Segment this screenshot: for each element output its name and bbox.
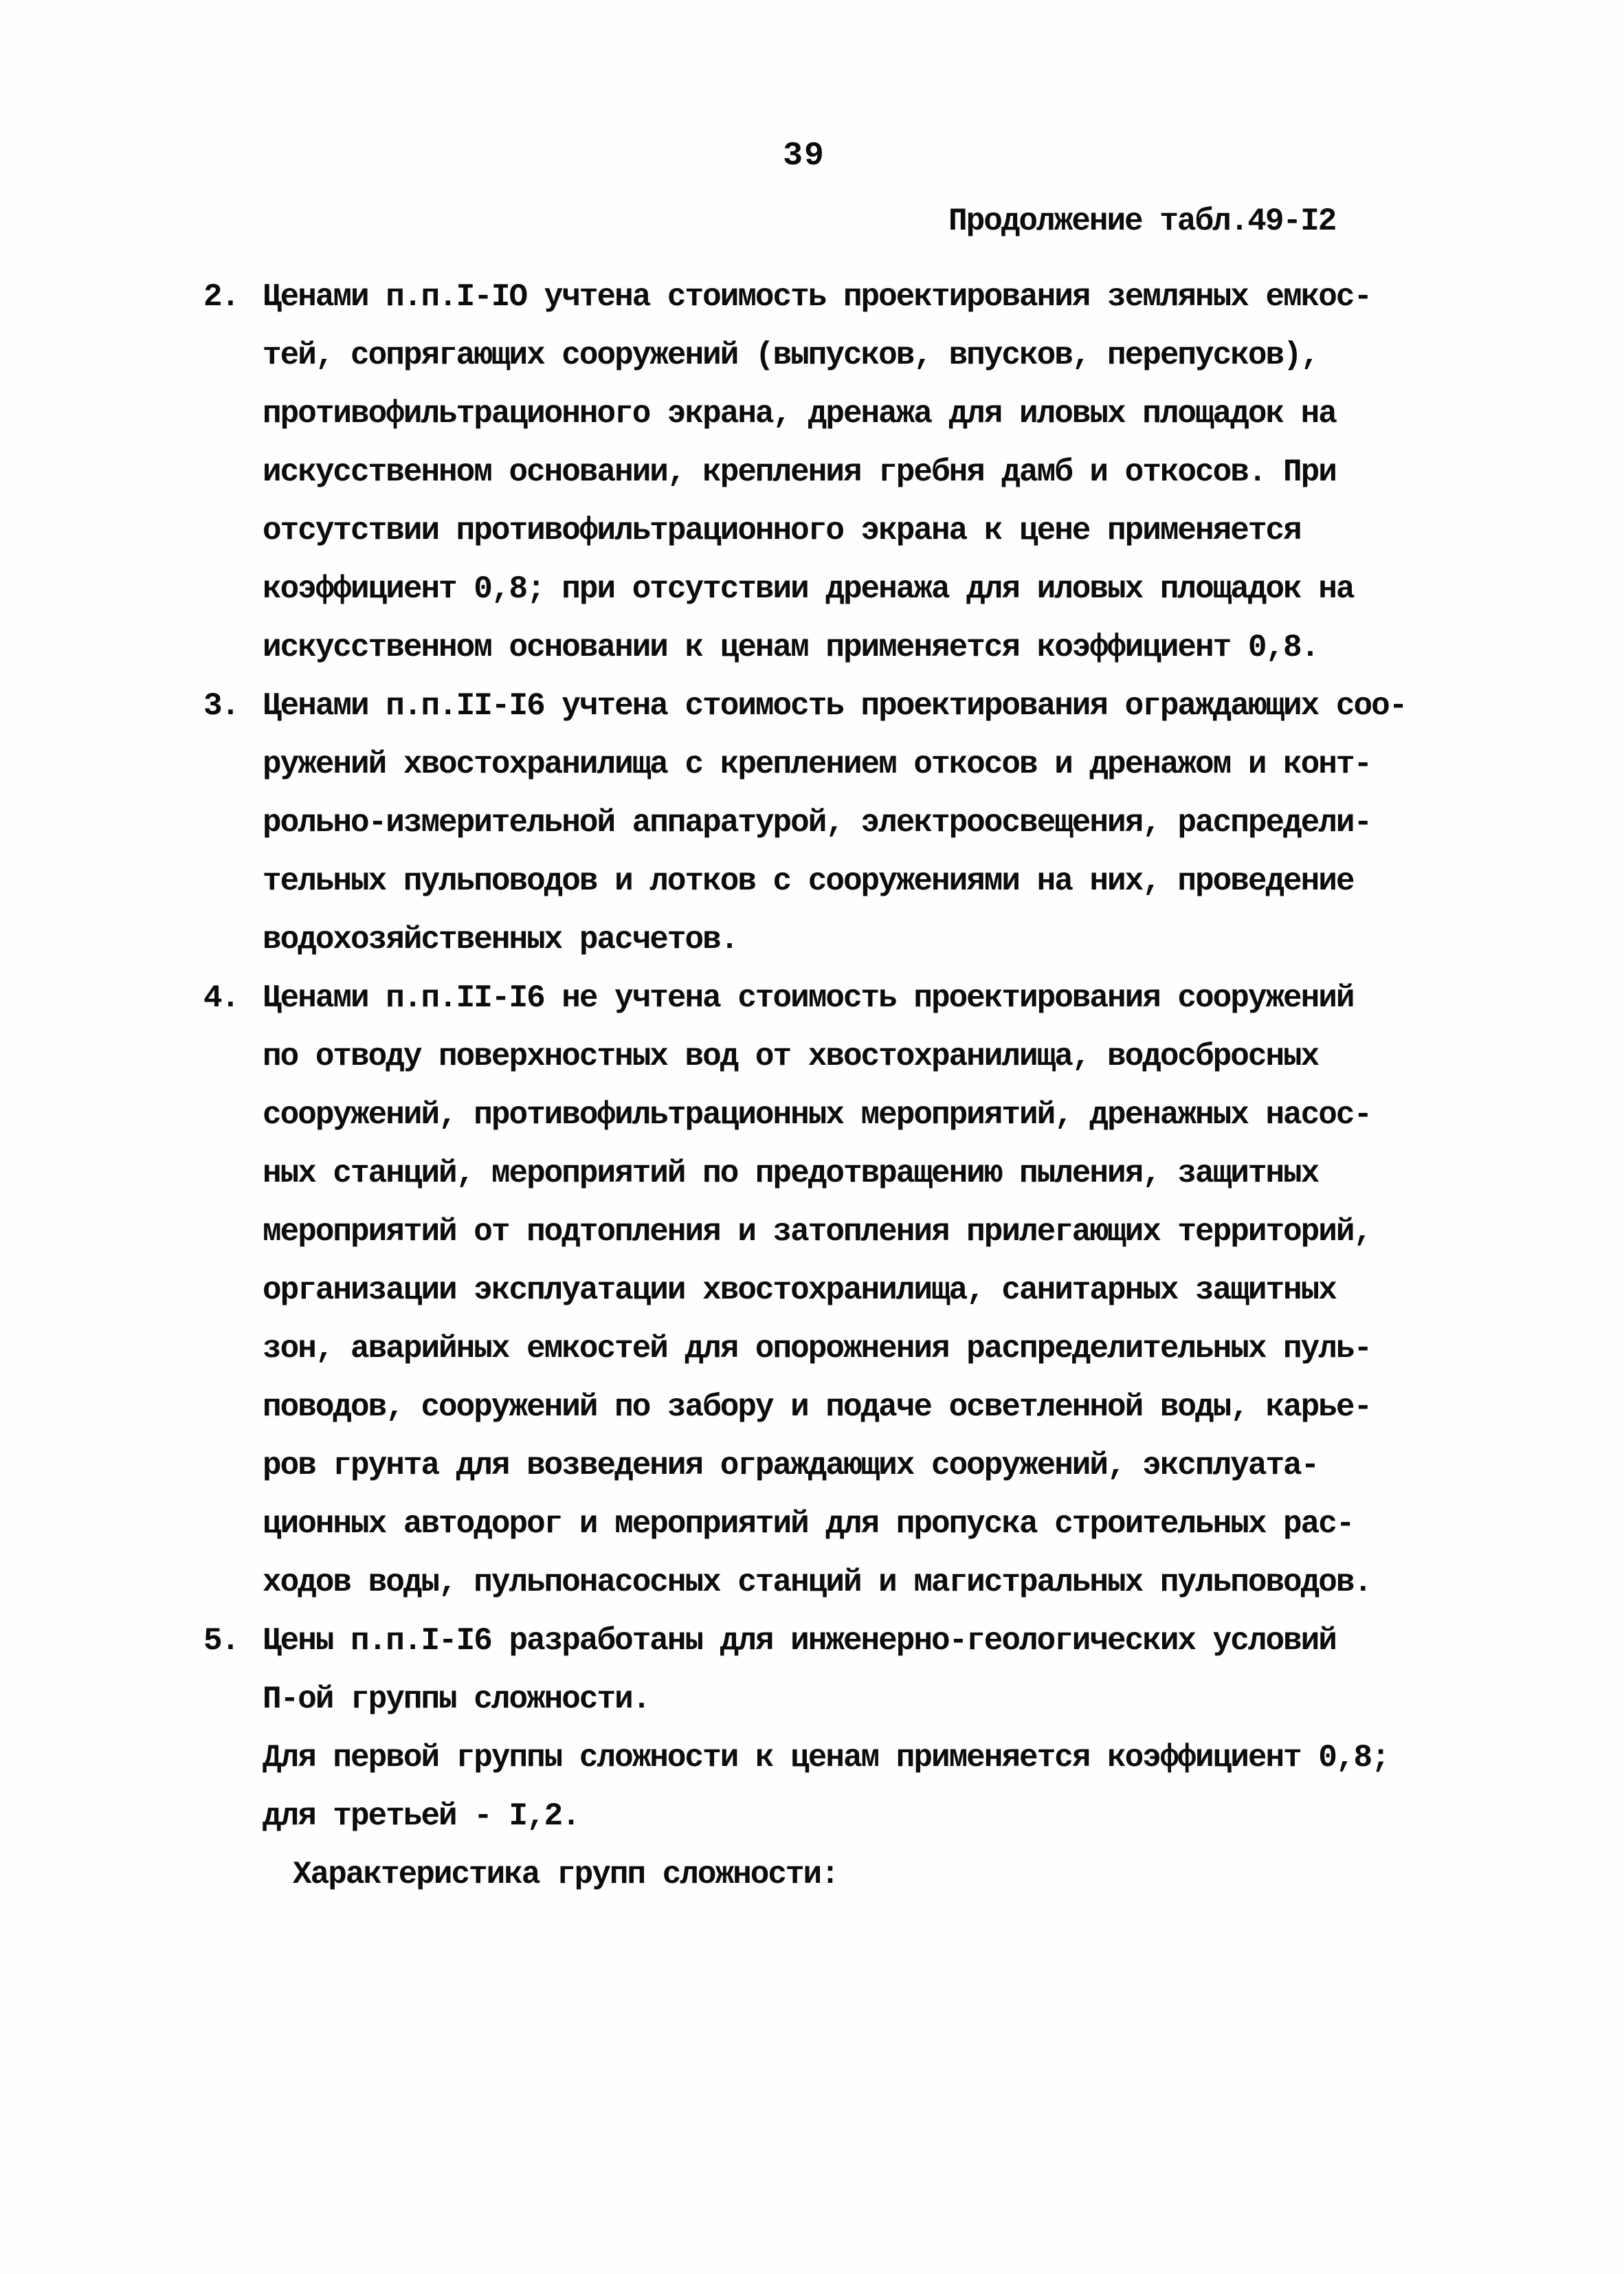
text-line: Цены п.п.I-I6 разработаны для инженерно-… (263, 1612, 1447, 1670)
text-line: П-ой группы сложности. (263, 1670, 1447, 1729)
text-line: ционных автодорог и мероприятий для проп… (263, 1495, 1447, 1554)
scanned-document-page: 39 Продолжение табл.49-I2 2. Ценами п.п.… (0, 0, 1624, 2274)
text-line: ходов воды, пульпонасосных станций и маг… (263, 1554, 1447, 1612)
text-line: водохозяйственных расчетов. (263, 911, 1447, 969)
text-line: ров грунта для возведения ограждающих со… (263, 1437, 1447, 1495)
paragraph-4: 4. Ценами п.п.II-I6 не учтена стоимость … (203, 969, 1447, 1612)
text-line: Ценами п.п.I-IO учтена стоимость проекти… (263, 268, 1447, 327)
text-line: тельных пульповодов и лотков с сооружени… (263, 852, 1447, 911)
table-continuation-caption: Продолжение табл.49-I2 (948, 203, 1335, 239)
closing-paragraph: Характеристика групп сложности: (203, 1846, 1447, 1904)
text-line: отсутствии противофильтрационного экрана… (263, 502, 1447, 560)
document-body: 2. Ценами п.п.I-IO учтена стоимость прое… (203, 268, 1447, 1904)
text-line: рольно-измерительной аппаратурой, электр… (263, 794, 1447, 852)
text-line: поводов, сооружений по забору и подаче о… (263, 1378, 1447, 1437)
text-line: Ценами п.п.II-I6 учтена стоимость проект… (263, 677, 1447, 736)
text-line: сооружений, противофильтрационных меропр… (263, 1086, 1447, 1145)
paragraph-2: 2. Ценами п.п.I-IO учтена стоимость прое… (203, 268, 1447, 677)
text-line: зон, аварийных емкостей для опорожнения … (263, 1320, 1447, 1378)
text-line: по отводу поверхностных вод от хвостохра… (263, 1028, 1447, 1086)
paragraph-3: 3. Ценами п.п.II-I6 учтена стоимость про… (203, 677, 1447, 969)
text-line: мероприятий от подтопления и затопления … (263, 1203, 1447, 1261)
text-line: Ценами п.п.II-I6 не учтена стоимость про… (263, 969, 1447, 1028)
paragraph-number: 3. (203, 677, 238, 736)
page-number: 39 (0, 137, 1608, 175)
text-line: Характеристика групп сложности: (263, 1846, 1447, 1904)
text-line: коэффициент 0,8; при отсутствии дренажа … (263, 560, 1447, 619)
text-line: ных станций, мероприятий по предотвращен… (263, 1145, 1447, 1203)
text-line: искусственном основании, крепления гребн… (263, 443, 1447, 502)
paragraph-5: 5. Цены п.п.I-I6 разработаны для инженер… (203, 1612, 1447, 1846)
text-line: противофильтрационного экрана, дренажа д… (263, 385, 1447, 443)
text-line: организации эксплуатации хвостохранилища… (263, 1261, 1447, 1320)
text-line: Для первой группы сложности к ценам прим… (263, 1729, 1447, 1787)
paragraph-number: 4. (203, 969, 238, 1028)
text-line: ружений хвостохранилища с креплением отк… (263, 736, 1447, 794)
text-line: для третьей - I,2. (263, 1787, 1447, 1846)
text-line: тей, сопрягающих сооружений (выпусков, в… (263, 327, 1447, 385)
text-line: искусственном основании к ценам применяе… (263, 619, 1447, 677)
paragraph-number: 5. (203, 1612, 238, 1670)
paragraph-number: 2. (203, 268, 238, 327)
